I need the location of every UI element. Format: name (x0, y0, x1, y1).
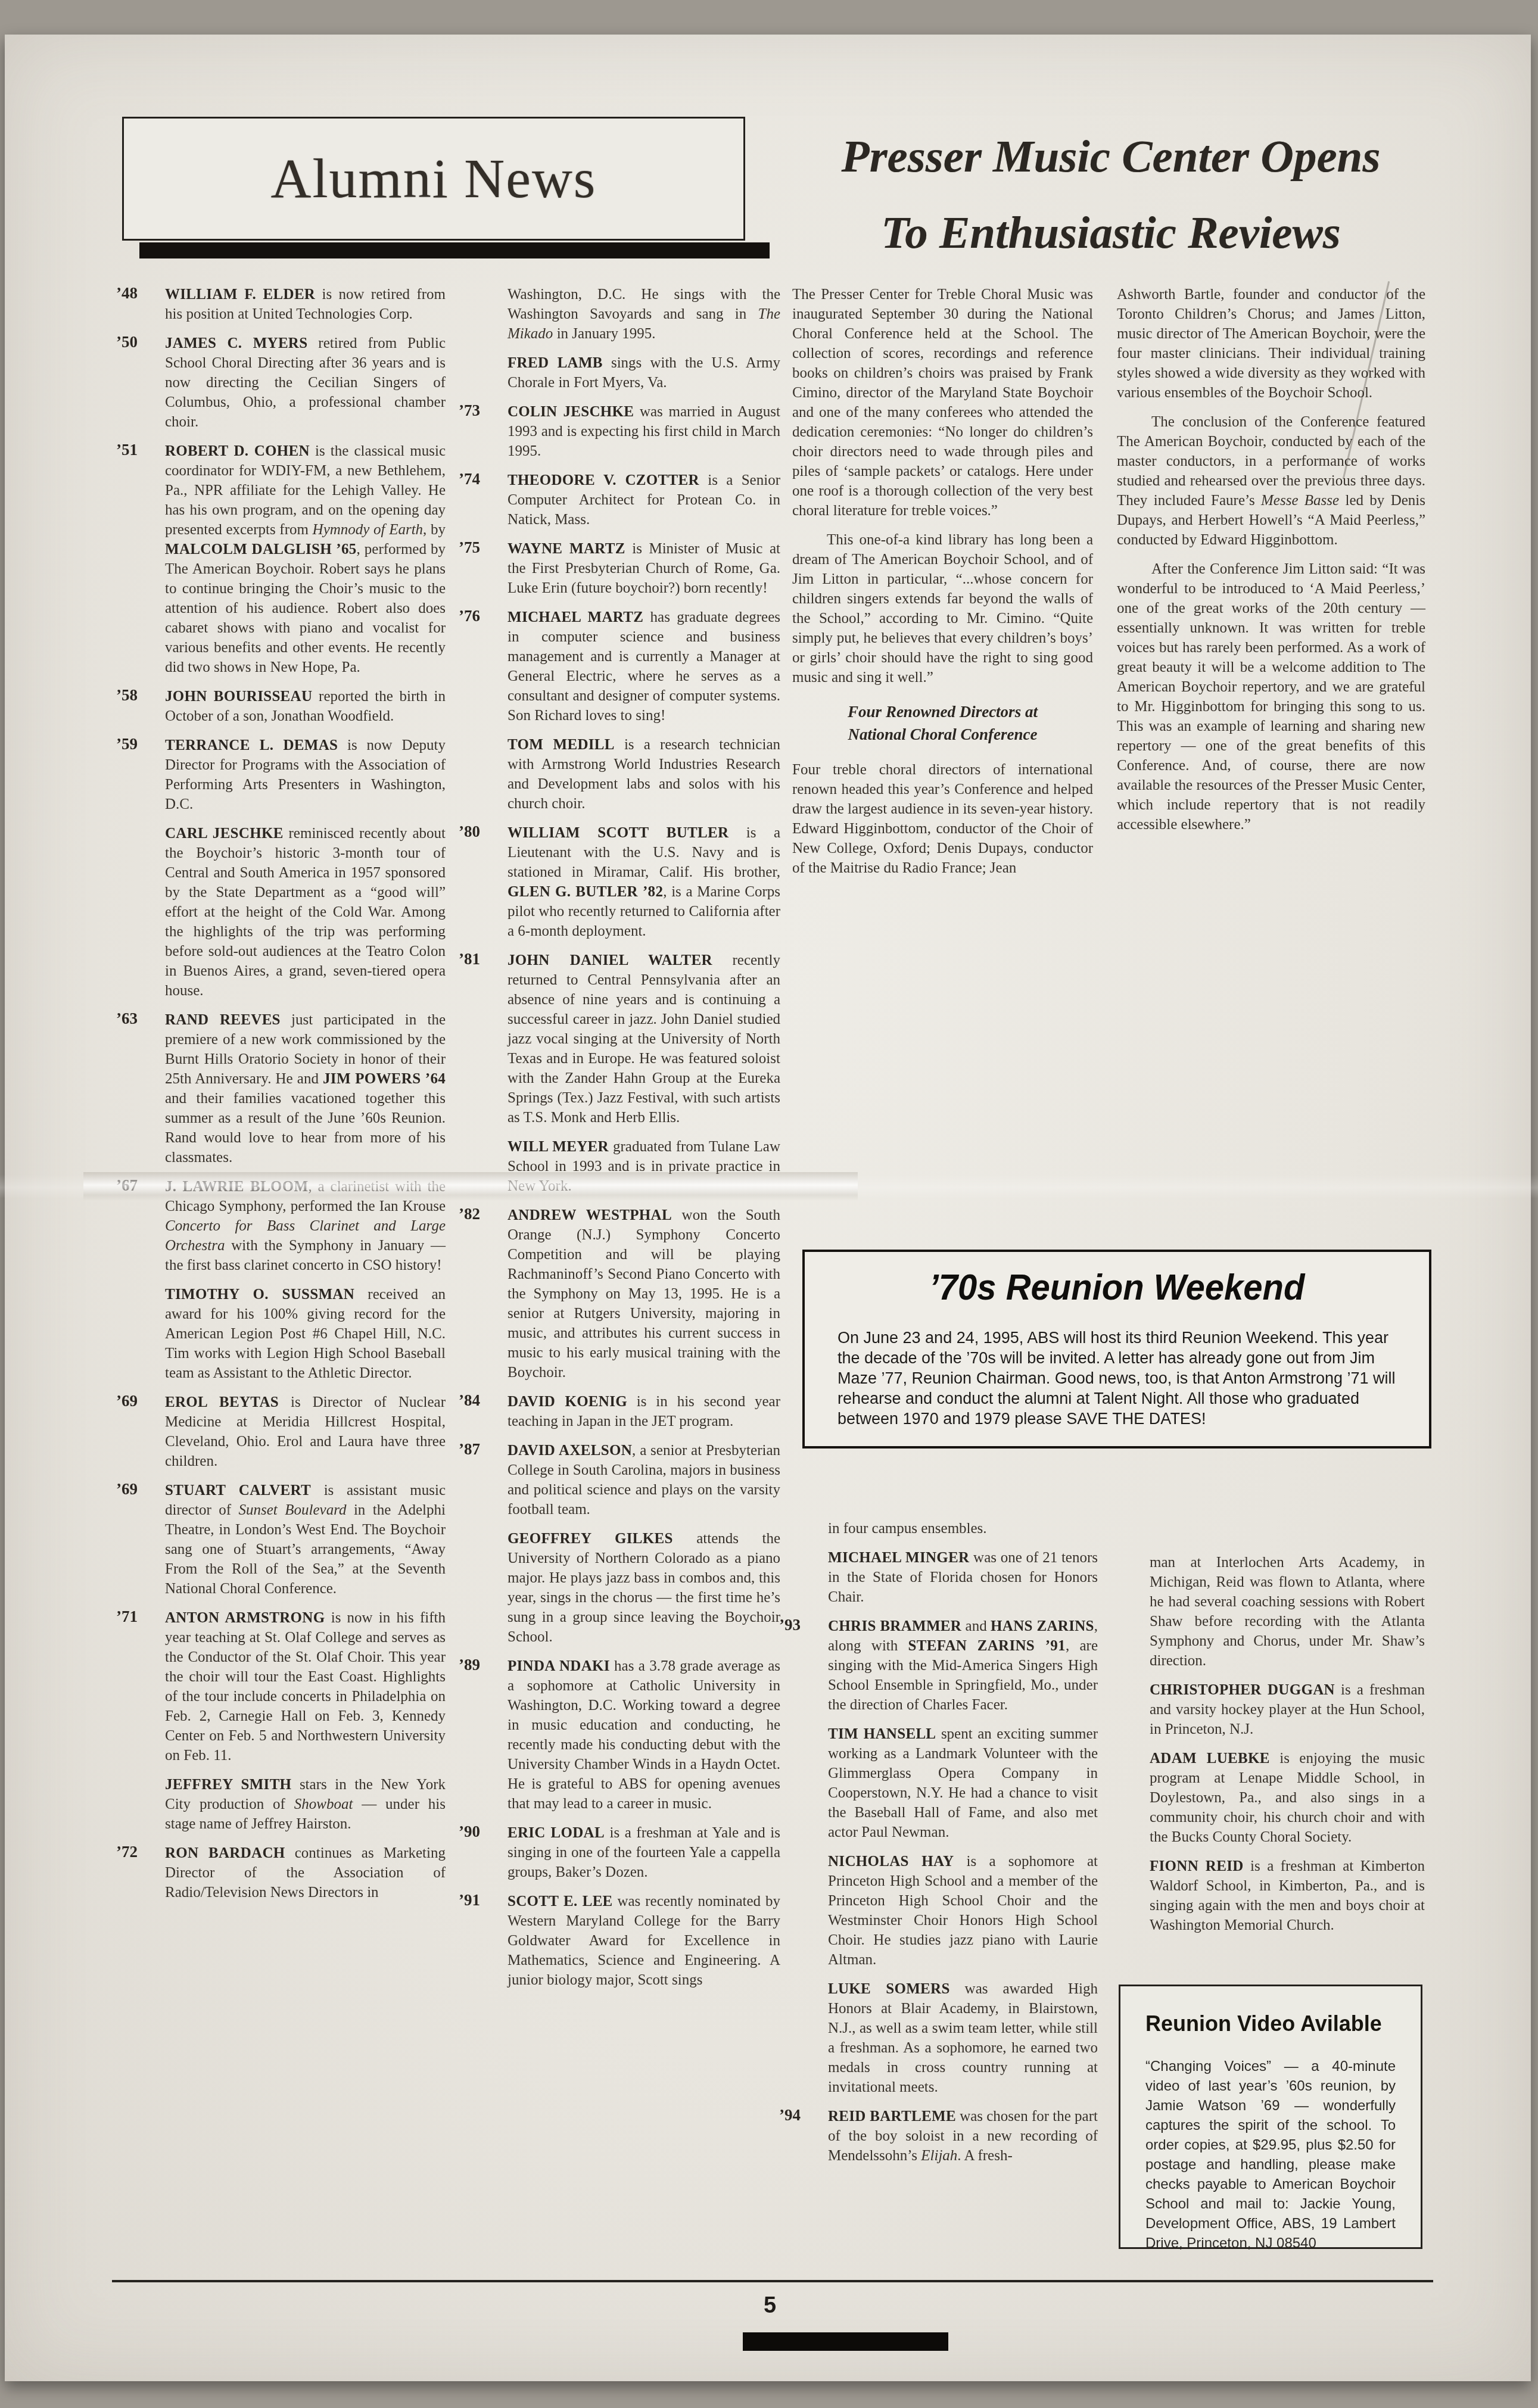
class-year-label: ’90 (459, 1822, 480, 1842)
class-year-label: ’89 (459, 1655, 480, 1675)
alumni-entry: ’94REID BARTLEME was chosen for the part… (779, 2107, 1098, 2166)
alumni-entry: ’75WAYNE MARTZ is Minister of Music at t… (459, 539, 780, 598)
alumni-entry: JEFFREY SMITH stars in the New York City… (116, 1775, 446, 1834)
class-year-label: ’51 (116, 440, 138, 460)
entry-text: STUART CALVERT is assistant music direct… (165, 1482, 446, 1597)
headline-line-1: Presser Music Center Opens (768, 118, 1453, 194)
class-year-label: ’72 (116, 1842, 138, 1862)
article-paragraph: This one-of-a kind library has long been… (792, 530, 1093, 687)
alumni-entry: ’63RAND REEVES just participated in the … (116, 1010, 446, 1167)
class-year-label: ’58 (116, 686, 138, 705)
alumni-entry: ’91SCOTT E. LEE was recently nominated b… (459, 1892, 780, 1990)
article-paragraph: After the Conference Jim Litton said: “I… (1117, 559, 1425, 834)
entry-text: MICHAEL MARTZ has graduate degrees in co… (508, 609, 780, 724)
alumni-entry: ’90ERIC LODAL is a freshman at Yale and … (459, 1823, 780, 1882)
alumni-entry: TIM HANSELL spent an exciting summer wor… (779, 1724, 1098, 1842)
entry-text: in four campus ensembles. (828, 1521, 987, 1537)
alumni-entry: ADAM LUEBKE is enjoying the music progra… (1150, 1749, 1425, 1847)
entry-text: GEOFFREY GILKES attends the University o… (508, 1531, 780, 1645)
reunion-weekend-box: ’70s Reunion Weekend On June 23 and 24, … (802, 1250, 1431, 1448)
entry-text: FIONN REID is a freshman at Kimberton Wa… (1150, 1858, 1425, 1933)
entry-text: COLIN JESCHKE was married in August 1993… (508, 404, 780, 459)
alumni-entry: TIMOTHY O. SUSSMAN received an award for… (116, 1285, 446, 1383)
reunion-box-title: ’70s Reunion Weekend (805, 1266, 1429, 1309)
alumni-entry: ’87DAVID AXELSON, a senior at Presbyteri… (459, 1441, 780, 1519)
entry-text: RAND REEVES just participated in the pre… (165, 1012, 446, 1166)
entry-text: CHRIS BRAMMER and HANS ZARINS, along wit… (828, 1618, 1098, 1713)
entry-text: LUKE SOMERS was awarded High Honors at B… (828, 1981, 1098, 2095)
entry-text: RON BARDACH continues as Marketing Direc… (165, 1845, 446, 1901)
entry-text: Washington, D.C. He sings with the Washi… (508, 286, 780, 342)
entry-text: man at Interlochen Arts Academy, in Mich… (1150, 1555, 1425, 1669)
alumni-entry: ’69STUART CALVERT is assistant music dir… (116, 1481, 446, 1599)
alumni-entry: ’74THEODORE V. CZOTTER is a Senior Compu… (459, 471, 780, 529)
alumni-entry: ’82ANDREW WESTPHAL won the South Orange … (459, 1205, 780, 1382)
alumni-entry: man at Interlochen Arts Academy, in Mich… (1150, 1553, 1425, 1671)
alumni-entry: Washington, D.C. He sings with the Washi… (459, 285, 780, 344)
entry-text: TIMOTHY O. SUSSMAN received an award for… (165, 1286, 446, 1381)
article-paragraph: Four treble choral directors of internat… (792, 760, 1093, 878)
article-subhead: Four Renowned Directors at National Chor… (792, 700, 1093, 746)
class-year-label: ’73 (459, 401, 480, 420)
article-paragraph: Ashworth Bartle, founder and conductor o… (1117, 285, 1425, 403)
class-year-label: ’71 (116, 1607, 138, 1627)
class-year-label: ’82 (459, 1204, 480, 1224)
footer-bar (743, 2332, 948, 2351)
class-year-label: ’80 (459, 822, 480, 842)
alumni-news-title-box: Alumni News (122, 117, 745, 241)
alumni-entry: FRED LAMB sings with the U.S. Army Chora… (459, 353, 780, 392)
class-year-label: ’91 (459, 1890, 480, 1910)
reunion-video-box: Reunion Video Avilable “Changing Voices”… (1119, 1985, 1422, 2249)
alumni-entry: ’69EROL BEYTAS is Director of Nuclear Me… (116, 1393, 446, 1471)
alumni-entry: CARL JESCHKE reminisced recently about t… (116, 824, 446, 1001)
class-year-label: ’94 (779, 2105, 801, 2125)
entry-text: TERRANCE L. DEMAS is now Deputy Director… (165, 737, 446, 812)
class-year-label: ’87 (459, 1440, 480, 1459)
entry-text: JOHN BOURISSEAU reported the birth in Oc… (165, 689, 446, 724)
alumni-entry: GEOFFREY GILKES attends the University o… (459, 1529, 780, 1647)
alumni-entry: ’89PINDA NDAKI has a 3.78 grade average … (459, 1656, 780, 1814)
entry-text: REID BARTLEME was chosen for the part of… (828, 2108, 1098, 2164)
alumni-entry: ’93CHRIS BRAMMER and HANS ZARINS, along … (779, 1616, 1098, 1715)
article-column-left: The Presser Center for Treble Choral Mus… (792, 285, 1093, 887)
entry-text: THEODORE V. CZOTTER is a Senior Computer… (508, 472, 780, 528)
alumni-entry: ’84DAVID KOENIG is in his second year te… (459, 1392, 780, 1431)
headline-line-2: To Enthusiastic Reviews (768, 194, 1453, 270)
entry-text: JEFFREY SMITH stars in the New York City… (165, 1777, 446, 1832)
alumni-entry: ’50JAMES C. MYERS retired from Public Sc… (116, 334, 446, 432)
entry-text: TIM HANSELL spent an exciting summer wor… (828, 1726, 1098, 1840)
alumni-entry: ’80WILLIAM SCOTT BUTLER is a Lieutenant … (459, 823, 780, 941)
class-year-label: ’75 (459, 538, 480, 557)
class-year-label: ’93 (779, 1615, 801, 1635)
video-box-title: Reunion Video Avilable (1145, 2011, 1396, 2036)
entry-text: WILLIAM SCOTT BUTLER is a Lieutenant wit… (508, 825, 780, 939)
entry-text: CARL JESCHKE reminisced recently about t… (165, 825, 446, 999)
entry-text: WILLIAM F. ELDER is now retired from his… (165, 286, 446, 322)
alumni-entry: in four campus ensembles. (779, 1519, 1098, 1538)
entry-text: EROL BEYTAS is Director of Nuclear Medic… (165, 1394, 446, 1469)
video-box-body: “Changing Voices” — a 40-minute video of… (1145, 2057, 1396, 2253)
alumni-entry: TOM MEDILL is a research technician with… (459, 735, 780, 814)
entry-text: WAYNE MARTZ is Minister of Music at the … (508, 541, 780, 596)
alumni-entry: ’72RON BARDACH continues as Marketing Di… (116, 1843, 446, 1902)
class-year-label: ’74 (459, 469, 480, 489)
class-year-label: ’69 (116, 1479, 138, 1499)
alumni-entry: ’48WILLIAM F. ELDER is now retired from … (116, 285, 446, 324)
alumni-entry: ’81JOHN DANIEL WALTER recently returned … (459, 951, 780, 1127)
entry-text: DAVID AXELSON, a senior at Presbyterian … (508, 1443, 780, 1518)
entry-text: ROBERT D. COHEN is the classical music c… (165, 443, 446, 675)
alumni-entry: ’59TERRANCE L. DEMAS is now Deputy Direc… (116, 736, 446, 814)
article-headline: Presser Music Center Opens To Enthusiast… (768, 118, 1453, 270)
alumni-entry: CHRISTOPHER DUGGAN is a freshman and var… (1150, 1680, 1425, 1739)
class-year-label: ’84 (459, 1391, 480, 1410)
section-title: Alumni News (271, 147, 597, 211)
class-year-label: ’63 (116, 1009, 138, 1029)
class-year-label: ’59 (116, 734, 138, 754)
alumni-entry: NICHOLAS HAY is a sophomore at Princeton… (779, 1852, 1098, 1970)
entry-text: NICHOLAS HAY is a sophomore at Princeton… (828, 1853, 1098, 1968)
alumni-column-2: Washington, D.C. He sings with the Washi… (459, 285, 780, 1999)
class-year-label: ’76 (459, 606, 480, 626)
alumni-column-1: ’48WILLIAM F. ELDER is now retired from … (116, 285, 446, 1912)
alumni-entry: LUKE SOMERS was awarded High Honors at B… (779, 1979, 1098, 2097)
class-year-label: ’69 (116, 1391, 138, 1411)
entry-text: CHRISTOPHER DUGGAN is a freshman and var… (1150, 1682, 1425, 1737)
entry-text: SCOTT E. LEE was recently nominated by W… (508, 1893, 780, 1988)
class-year-label: ’50 (116, 332, 138, 352)
alumni-entry: FIONN REID is a freshman at Kimberton Wa… (1150, 1856, 1425, 1935)
alumni-entry: ’73COLIN JESCHKE was married in August 1… (459, 402, 780, 461)
alumni-entry: ’58JOHN BOURISSEAU reported the birth in… (116, 687, 446, 726)
alumni-entry: ’51ROBERT D. COHEN is the classical musi… (116, 441, 446, 677)
alumni-entry: ’76MICHAEL MARTZ has graduate degrees in… (459, 608, 780, 725)
entry-text: FRED LAMB sings with the U.S. Army Chora… (508, 355, 780, 391)
reunion-box-body: On June 23 and 24, 1995, ABS will host i… (838, 1328, 1399, 1429)
entry-text: JOHN DANIEL WALTER recently returned to … (508, 952, 780, 1126)
class-year-label: ’48 (116, 284, 138, 303)
entry-text: ERIC LODAL is a freshman at Yale and is … (508, 1825, 780, 1880)
entry-text: ADAM LUEBKE is enjoying the music progra… (1150, 1750, 1425, 1845)
entry-text: MICHAEL MINGER was one of 21 tenors in t… (828, 1550, 1098, 1605)
entry-text: JAMES C. MYERS retired from Public Schoo… (165, 335, 446, 430)
alumni-entry: MICHAEL MINGER was one of 21 tenors in t… (779, 1548, 1098, 1607)
alumni-column-4-lower: man at Interlochen Arts Academy, in Mich… (1150, 1553, 1425, 1945)
entry-text: ANDREW WESTPHAL won the South Orange (N.… (508, 1207, 780, 1381)
entry-text: PINDA NDAKI has a 3.78 grade average as … (508, 1658, 780, 1812)
footer-rule (112, 2280, 1433, 2282)
article-column-right: Ashworth Bartle, founder and conductor o… (1117, 285, 1425, 844)
article-paragraph: The conclusion of the Conference feature… (1117, 412, 1425, 550)
alumni-entry: ’71ANTON ARMSTRONG is now in his fifth y… (116, 1608, 446, 1765)
entry-text: DAVID KOENIG is in his second year teach… (508, 1394, 780, 1429)
page-fold-tear-artifact (83, 1172, 858, 1201)
class-year-label: ’81 (459, 949, 480, 969)
alumni-column-3-lower: in four campus ensembles.MICHAEL MINGER … (779, 1519, 1098, 2175)
entry-text: TOM MEDILL is a research technician with… (508, 737, 780, 812)
article-paragraph: The Presser Center for Treble Choral Mus… (792, 285, 1093, 521)
entry-text: ANTON ARMSTRONG is now in his fifth year… (165, 1610, 446, 1764)
page-number: 5 (764, 2293, 776, 2319)
